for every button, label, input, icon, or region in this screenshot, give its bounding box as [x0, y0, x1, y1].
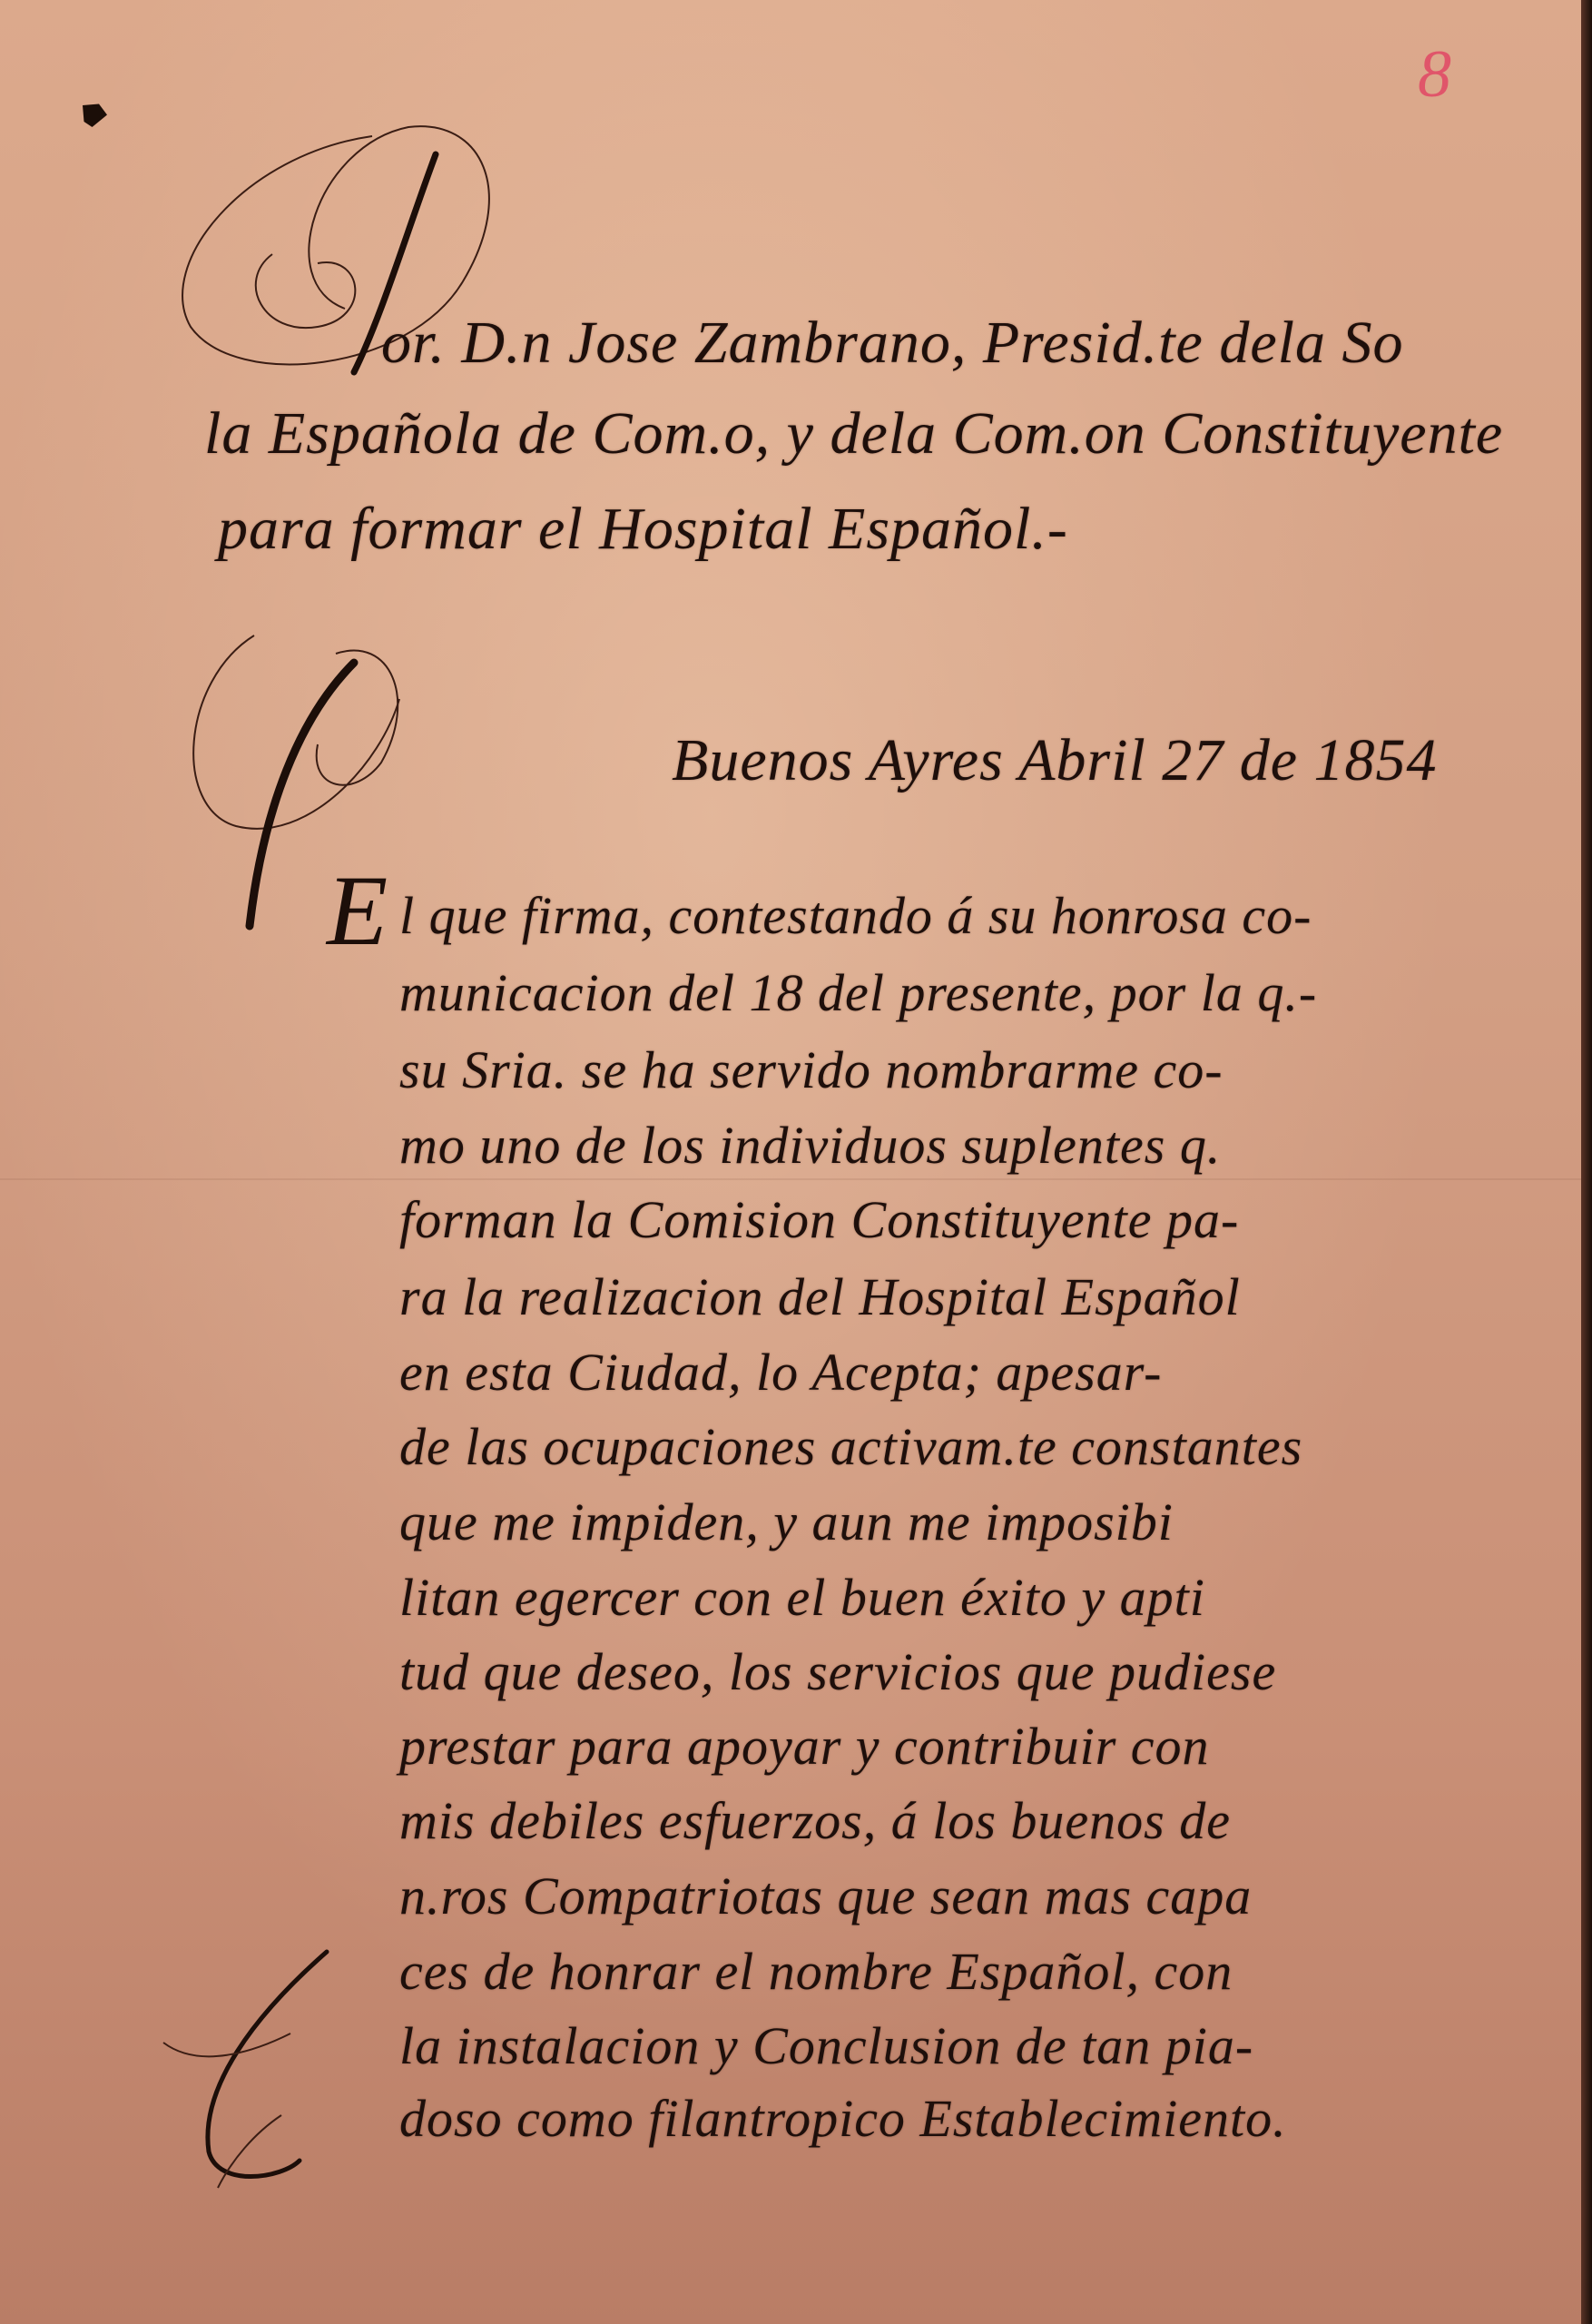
address-line: la Española de Com.o, y dela Com.on Cons…	[204, 399, 1503, 468]
body-line: n.ros Compatriotas que sean mas capa	[399, 1866, 1252, 1926]
paper-hole	[80, 100, 107, 127]
body-line: municacion del 18 del presente, por la q…	[399, 962, 1317, 1023]
body-line: l que firma, contestando á su honrosa co…	[399, 885, 1312, 946]
body-line: doso como filantropico Establecimiento.	[399, 2088, 1287, 2149]
body-line: prestar para apoyar y contribuir con	[399, 1716, 1210, 1777]
closing-initial-flourish	[145, 1943, 381, 2197]
body-line: mo uno de los individuos suplentes q.	[399, 1115, 1221, 1176]
body-line: ces de honrar el nombre Español, con	[399, 1941, 1233, 2002]
dateline: Buenos Ayres Abril 27 de 1854	[672, 726, 1438, 795]
body-line: en esta Ciudad, lo Acepta; apesar-	[399, 1342, 1162, 1403]
page-edge-shadow	[1581, 0, 1592, 2324]
body-line: mis debiles esfuerzos, á los buenos de	[399, 1790, 1231, 1851]
letter-page: 8 S or. D.n Jose Zambrano, Presid.te del…	[0, 0, 1581, 2324]
body-line: tud que deseo, los servicios que pudiese	[399, 1641, 1276, 1702]
body-line: la instalacion y Conclusion de tan pia-	[399, 2015, 1253, 2076]
address-line: para formar el Hospital Español.-	[218, 495, 1068, 564]
body-line: que me impiden, y aun me imposibi	[399, 1492, 1174, 1552]
body-line: forman la Comision Constituyente pa-	[399, 1189, 1239, 1250]
address-line: or. D.n Jose Zambrano, Presid.te dela So	[381, 309, 1404, 378]
body-initial: E	[327, 853, 388, 969]
paper-fold-line	[0, 1178, 1581, 1180]
body-line: su Sria. se ha servido nombrarme co-	[399, 1039, 1223, 1100]
body-line: ra la realizacion del Hospital Español	[399, 1266, 1241, 1327]
folio-number: 8	[1418, 36, 1451, 113]
body-line: litan egercer con el buen éxito y apti	[399, 1567, 1205, 1628]
body-line: de las ocupaciones activam.te constantes	[399, 1416, 1302, 1477]
